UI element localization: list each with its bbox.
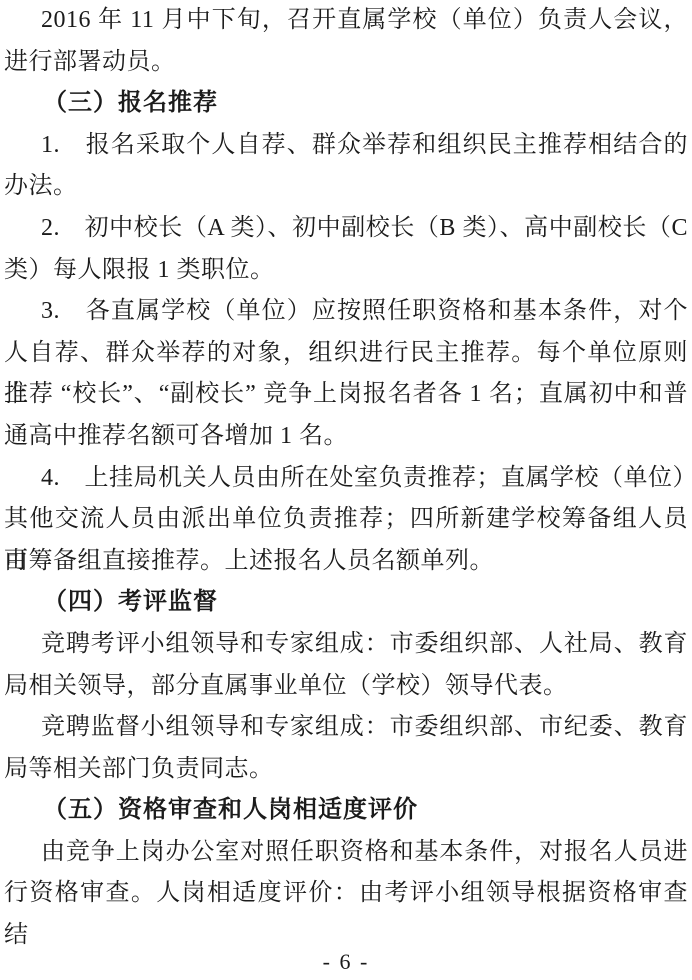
paragraph-line: 竞聘考评小组领导和专家组成：市委组织部、人社局、教育 <box>4 624 688 666</box>
paragraph-line: 其他交流人员由派出单位负责推荐；四所新建学校筹备组人员可 <box>4 499 688 541</box>
section-heading: （四）考评监督 <box>4 582 688 624</box>
paragraph-line: 办法。 <box>4 166 688 208</box>
paragraph-line: 人自荐、群众举荐的对象，组织进行民主推荐。每个单位原则上 <box>4 333 688 375</box>
paragraph-line: 2016 年 11 月中下旬，召开直属学校（单位）负责人会议， <box>4 0 688 42</box>
paragraph-line: 1. 报名采取个人自荐、群众举荐和组织民主推荐相结合的 <box>4 125 688 167</box>
paragraph-line: 行资格审查。人岗相适度评价：由考评小组领导根据资格审查结 <box>4 873 688 915</box>
paragraph-line: 推荐 “校长”、“副校长” 竞争上岗报名者各 1 名；直属初中和普 <box>4 374 688 416</box>
paragraph-line: 局等相关部门负责同志。 <box>4 749 688 791</box>
paragraph-line: 通高中推荐名额可各增加 1 名。 <box>4 416 688 458</box>
page-number: - 6 - <box>0 950 692 974</box>
paragraph-line: 2. 初中校长（A 类）、初中副校长（B 类）、高中副校长（C <box>4 208 688 250</box>
document-page: 2016 年 11 月中下旬，召开直属学校（单位）负责人会议， 进行部署动员。 … <box>0 0 692 980</box>
paragraph-line: 进行部署动员。 <box>4 42 688 84</box>
paragraph-line: 3. 各直属学校（单位）应按照任职资格和基本条件，对个 <box>4 291 688 333</box>
paragraph-line: 由筹备组直接推荐。上述报名人员名额单列。 <box>4 541 688 583</box>
paragraph-line: 由竞争上岗办公室对照任职资格和基本条件，对报名人员进 <box>4 832 688 874</box>
paragraph-line: 局相关领导，部分直属事业单位（学校）领导代表。 <box>4 666 688 708</box>
section-heading: （五）资格审查和人岗相适度评价 <box>4 790 688 832</box>
paragraph-line: 竞聘监督小组领导和专家组成：市委组织部、市纪委、教育 <box>4 707 688 749</box>
document-body: 2016 年 11 月中下旬，召开直属学校（单位）负责人会议， 进行部署动员。 … <box>4 0 688 915</box>
section-heading: （三）报名推荐 <box>4 83 688 125</box>
paragraph-line: 类）每人限报 1 类职位。 <box>4 250 688 292</box>
paragraph-line: 4. 上挂局机关人员由所在处室负责推荐；直属学校（单位） <box>4 458 688 500</box>
